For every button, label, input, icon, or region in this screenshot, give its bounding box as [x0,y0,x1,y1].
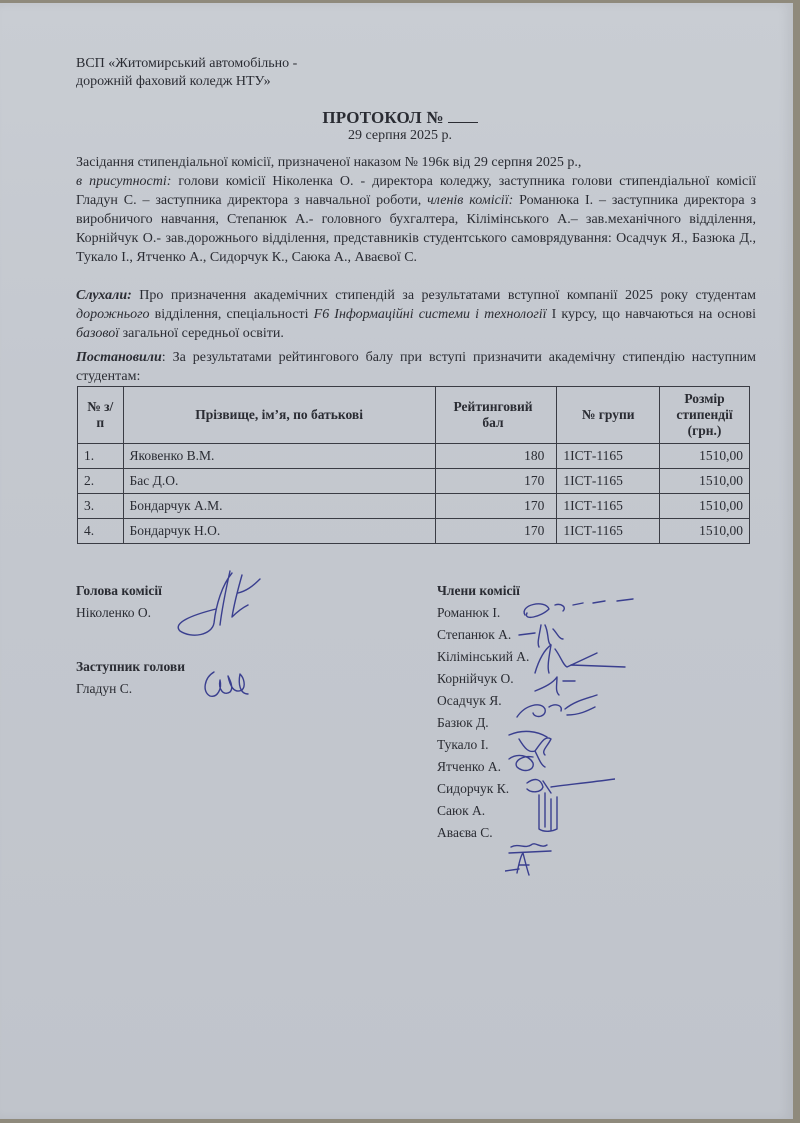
cell-no: 2. [78,469,124,494]
member-name: Базюк Д. [437,712,529,734]
heard-department: дорожнього [76,307,150,322]
cell-score: 180 [435,444,557,469]
heard-text: І курсу, що навчаються на основі [547,307,756,322]
member-name: Осадчук Я. [437,690,529,712]
cell-no: 3. [78,494,124,519]
heard-paragraph: Слухали: Про призначення академічних сти… [76,286,756,343]
scholarship-table: № з/п Прізвище, ім’я, по батькові Рейтин… [77,386,750,544]
header-amount: Розмір стипендії (грн.) [660,387,750,444]
cell-name: Яковенко В.М. [123,444,435,469]
presence-label: в присутності: [76,174,171,189]
intro-line-1: Засідання стипендіальної комісії, призна… [76,153,756,172]
table-row: 3.Бондарчук А.М.1701ІСТ-11651510,00 [78,494,750,519]
heard-label: Слухали: [76,288,132,303]
cell-score: 170 [435,494,557,519]
header-no: № з/п [78,387,124,444]
cell-no: 1. [78,444,124,469]
deputy-signature-block: Заступник голови Гладун С. [76,656,185,700]
heard-text: Про призначення академічних стипендій за… [132,288,756,303]
header-name: Прізвище, ім’я, по батькові [123,387,435,444]
cell-group: 1ІСТ-1165 [557,494,660,519]
protocol-date: 29 серпня 2025 р. [0,128,800,144]
cell-group: 1ІСТ-1165 [557,469,660,494]
protocol-title: ПРОТОКОЛ № [0,108,800,128]
member-name: Корнійчук О. [437,668,529,690]
member-name: Тукало І. [437,734,529,756]
document-page: ВСП «Житомирський автомобільно - дорожні… [0,3,793,1119]
cell-amount: 1510,00 [660,444,750,469]
cell-group: 1ІСТ-1165 [557,444,660,469]
members-heading: Члени комісії [437,580,529,602]
header-score: Рейтинговий бал [435,387,557,444]
heard-basis: базової [76,326,119,341]
table-row: 4.Бондарчук Н.О.1701ІСТ-11651510,00 [78,519,750,544]
deputy-name: Гладун С. [76,678,185,700]
resolved-paragraph: Постановили: За результатами рейтинговог… [76,348,756,386]
heard-text: загальної середньої освіти. [119,326,284,341]
table-header-row: № з/п Прізвище, ім’я, по батькові Рейтин… [78,387,750,444]
deputy-signature [200,666,250,702]
chair-name: Ніколенко О. [76,602,162,624]
member-name: Аваєва С. [437,822,529,844]
member-name: Степанюк А. [437,624,529,646]
chair-signature-block: Голова комісії Ніколенко О. [76,580,162,624]
heard-specialty: F6 Інформаційні системи і технології [314,307,547,322]
member-name: Ятченко А. [437,756,529,778]
table-row: 2.Бас Д.О.1701ІСТ-11651510,00 [78,469,750,494]
member-name: Романюк І. [437,602,529,624]
organization-name: ВСП «Житомирський автомобільно - дорожні… [76,55,297,91]
chair-signature [172,565,267,643]
cell-amount: 1510,00 [660,494,750,519]
member-name: Кілімінський А. [437,646,529,668]
cell-name: Бас Д.О. [123,469,435,494]
cell-no: 4. [78,519,124,544]
cell-group: 1ІСТ-1165 [557,519,660,544]
protocol-number-blank [448,108,478,123]
member-name: Сидорчук К. [437,778,529,800]
members-label: членів комісії: [427,193,513,208]
cell-amount: 1510,00 [660,469,750,494]
table-row: 1.Яковенко В.М.1801ІСТ-11651510,00 [78,444,750,469]
intro-paragraph: Засідання стипендіальної комісії, призна… [76,153,756,267]
cell-score: 170 [435,469,557,494]
heard-text: відділення, спеціальності [150,307,314,322]
cell-name: Бондарчук А.М. [123,494,435,519]
resolved-label: Постановили [76,350,162,365]
cell-score: 170 [435,519,557,544]
cell-amount: 1510,00 [660,519,750,544]
chair-heading: Голова комісії [76,580,162,602]
org-line-1: ВСП «Житомирський автомобільно - [76,55,297,73]
resolved-text: : За результатами рейтингового балу при … [76,350,756,384]
org-line-2: дорожній фаховий коледж НТУ» [76,73,297,91]
member-name: Саюк А. [437,800,529,822]
protocol-title-text: ПРОТОКОЛ № [322,108,443,127]
header-group: № групи [557,387,660,444]
deputy-heading: Заступник голови [76,656,185,678]
cell-name: Бондарчук Н.О. [123,519,435,544]
members-signature-block: Члени комісії Романюк І.Степанюк А.Кілім… [437,580,529,844]
